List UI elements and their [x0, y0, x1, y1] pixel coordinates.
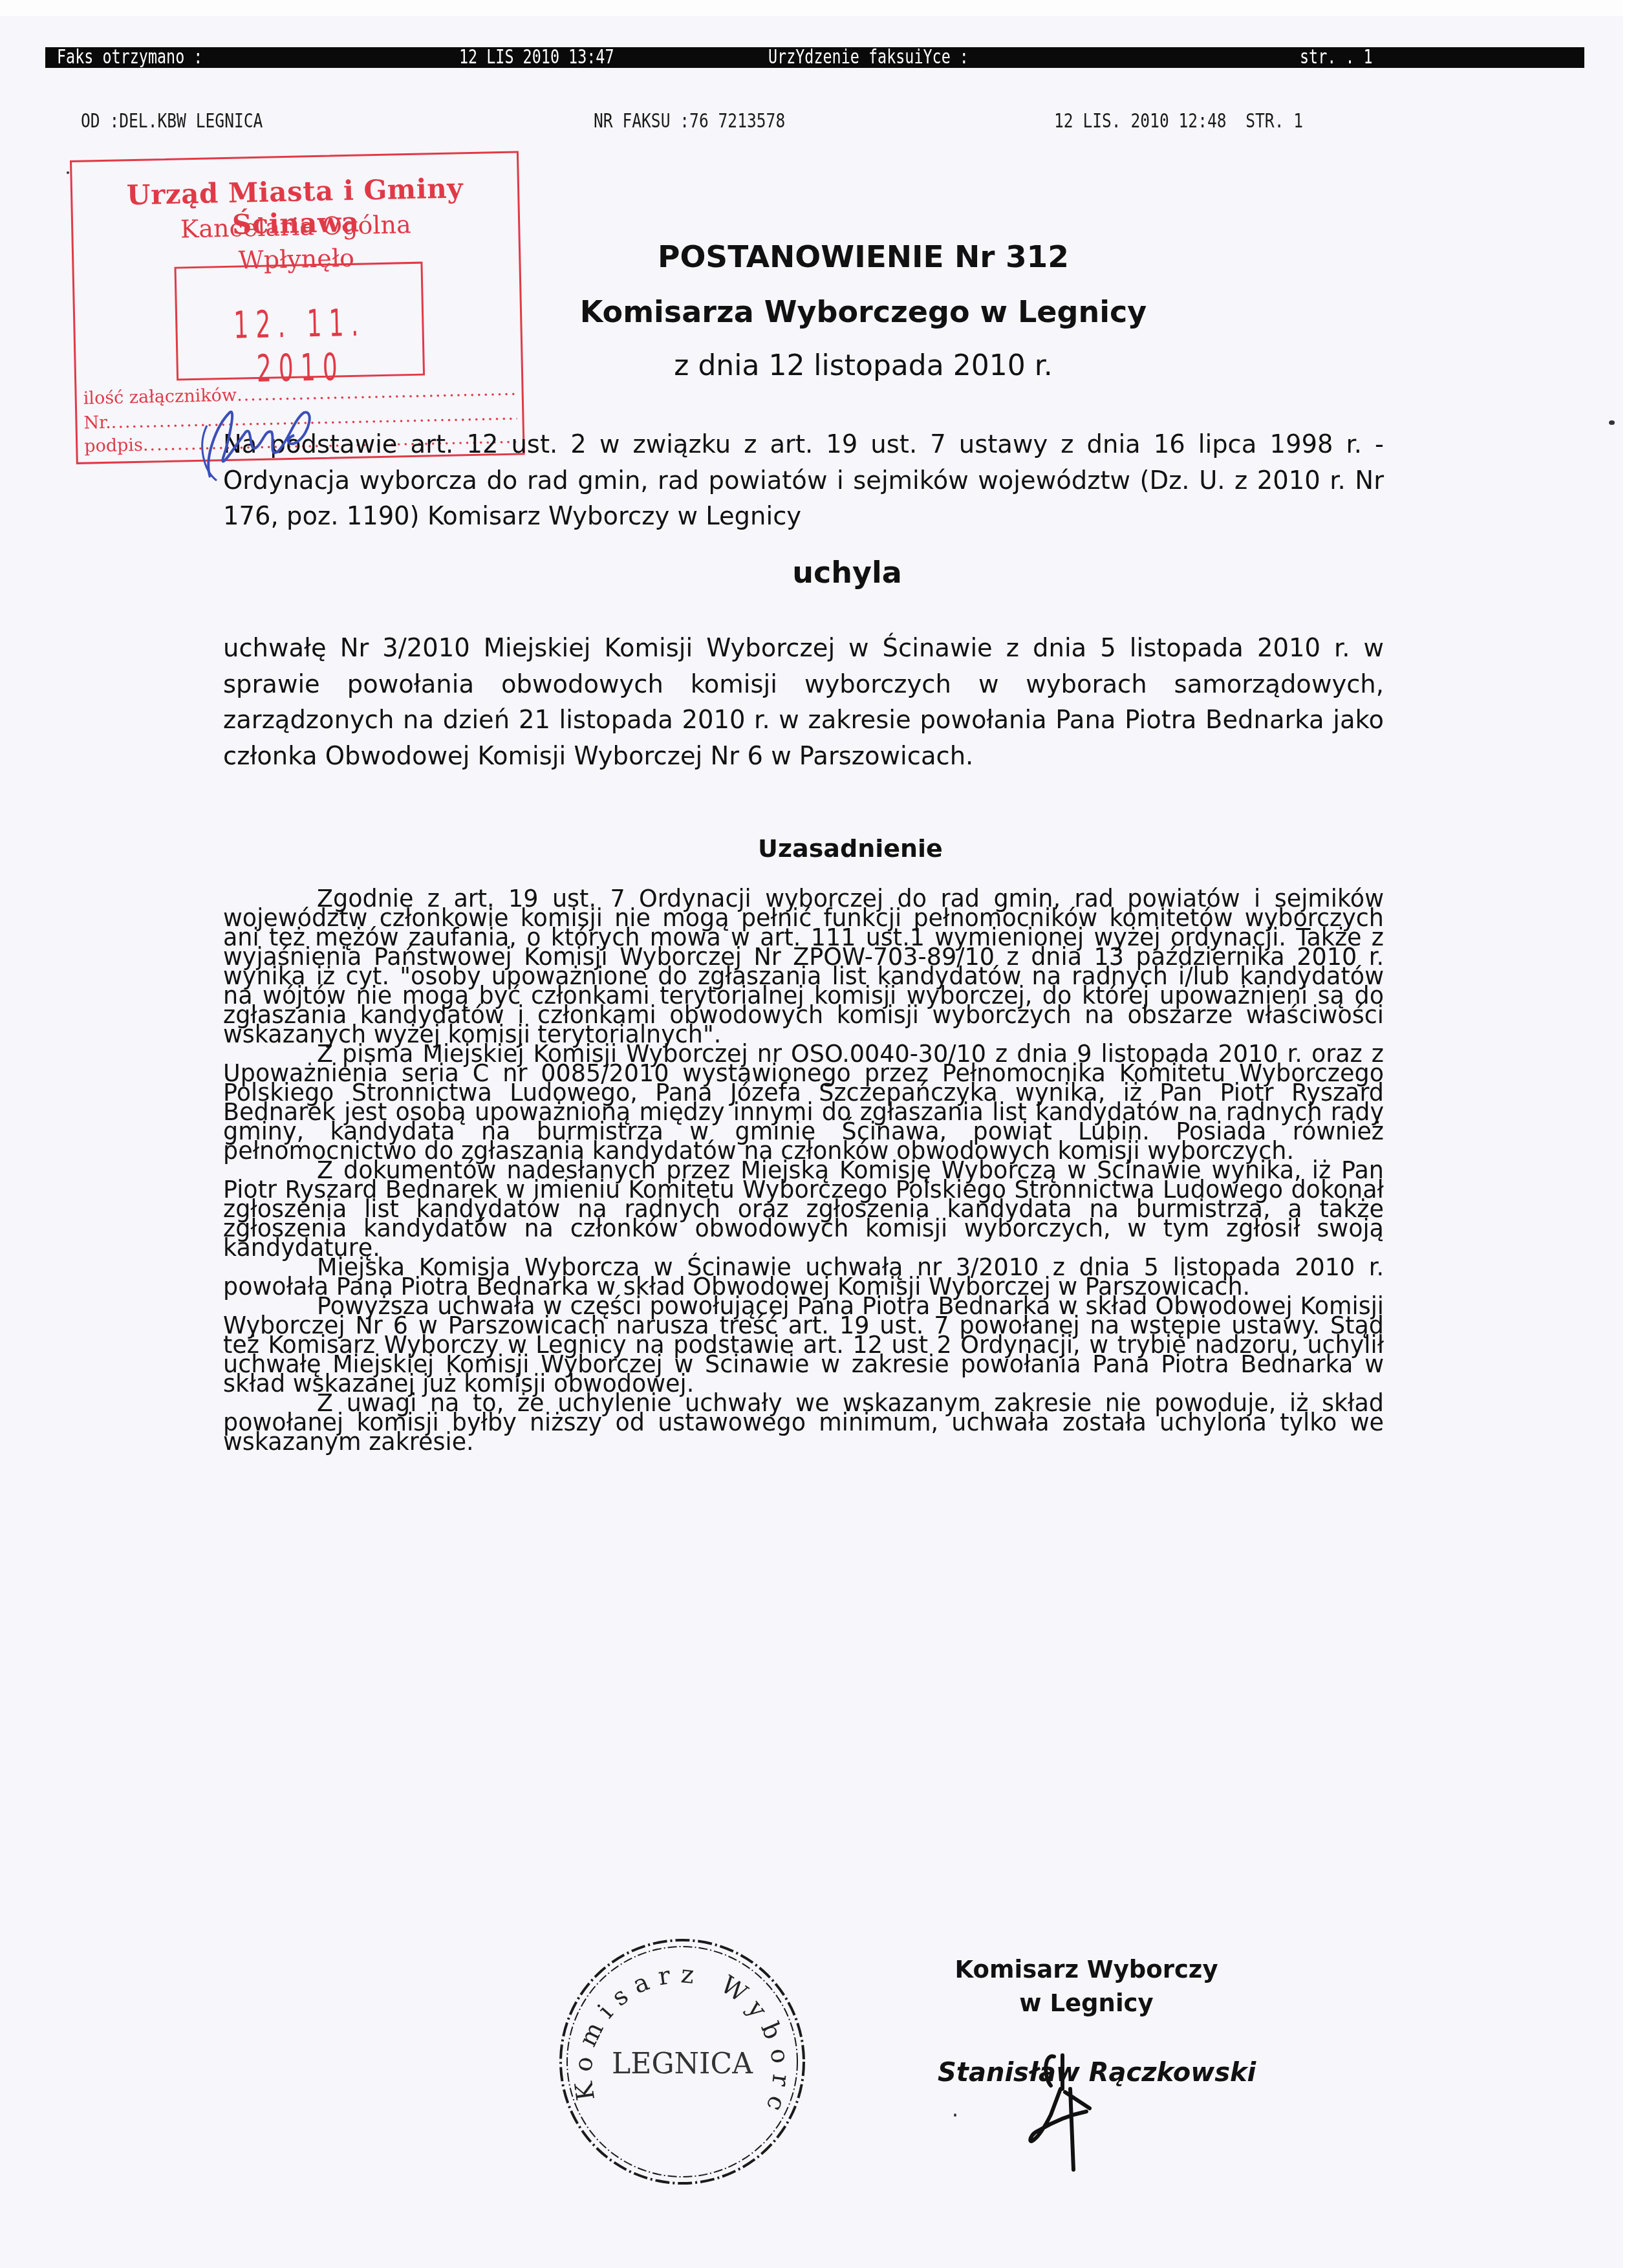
- stamp-date: 12. 11. 2010: [224, 300, 377, 391]
- signatory-name: Stanisław Rączkowski: [938, 2058, 1358, 2088]
- justification-paragraph: Powyższa uchwała w części powołującej Pa…: [223, 1297, 1384, 1394]
- scan-speck: [1609, 420, 1615, 425]
- fax-device-label: UrzYdzenie faksuiYce :: [768, 47, 969, 68]
- fax-sent-datetime: 12 LIS. 2010 12:48 STR. 1: [1054, 110, 1358, 133]
- scan-right-margin: [1623, 0, 1649, 2268]
- scan-speck: [67, 171, 69, 174]
- signatory-title: Komisarz Wyborczy w Legnicy: [918, 1953, 1255, 2020]
- decision-heading: uchyla: [23, 555, 1649, 590]
- seal-center-text: LEGNICA: [612, 2047, 753, 2080]
- justification-paragraph: Zgodnie z art. 19 ust. 7 Ordynacji wybor…: [223, 889, 1384, 1044]
- fax-receive-banner: Faks otrzymano : 12 LIS 2010 13:47 UrzYd…: [45, 47, 1584, 68]
- justification-body: Zgodnie z art. 19 ust. 7 Ordynacji wybor…: [223, 889, 1384, 1452]
- scan-top-margin: [0, 0, 1649, 16]
- handwritten-initials-icon: [191, 400, 346, 484]
- stamp-date-box: 12. 11. 2010: [174, 262, 425, 381]
- justification-paragraph: Z dokumentów nadesłanych przez Miejską K…: [223, 1161, 1384, 1258]
- svg-text:Komisarz Wyborczy: Komisarz Wyborczy: [553, 1932, 796, 2124]
- justification-paragraph: Z uwagi na to, że uchylenie uchwały we w…: [223, 1394, 1384, 1452]
- fax-page-label: str. . 1: [1300, 47, 1373, 68]
- fax-received-datetime: 12 LIS 2010 13:47: [459, 47, 614, 68]
- justification-paragraph: Miejska Komisja Wyborcza w Ścinawie uchw…: [223, 1258, 1384, 1297]
- scan-speck: [954, 2113, 956, 2117]
- legal-basis-paragraph: Na podstawie art. 12 ust. 2 w związku z …: [223, 427, 1384, 535]
- seal-ring-text: Komisarz Wyborczy: [553, 1932, 796, 2124]
- fax-number: NR FAKSU :76 7213578: [594, 110, 827, 133]
- fax-sender: OD :DEL.KBW LEGNICA: [81, 110, 303, 133]
- decision-paragraph: uchwałę Nr 3/2010 Miejskiej Komisji Wybo…: [223, 631, 1384, 774]
- justification-heading: Uzasadnienie: [26, 834, 1649, 863]
- official-seal-icon: Komisarz Wyborczy LEGNICA: [553, 1932, 812, 2191]
- fax-received-label: Faks otrzymano :: [57, 47, 202, 68]
- handwritten-signature-icon: [1025, 2050, 1128, 2173]
- justification-paragraph: Z pisma Miejskiej Komisji Wyborczej nr O…: [223, 1044, 1384, 1161]
- signature-block: Komisarz Wyborczy w Legnicy Stanisław Rą…: [905, 1953, 1358, 2088]
